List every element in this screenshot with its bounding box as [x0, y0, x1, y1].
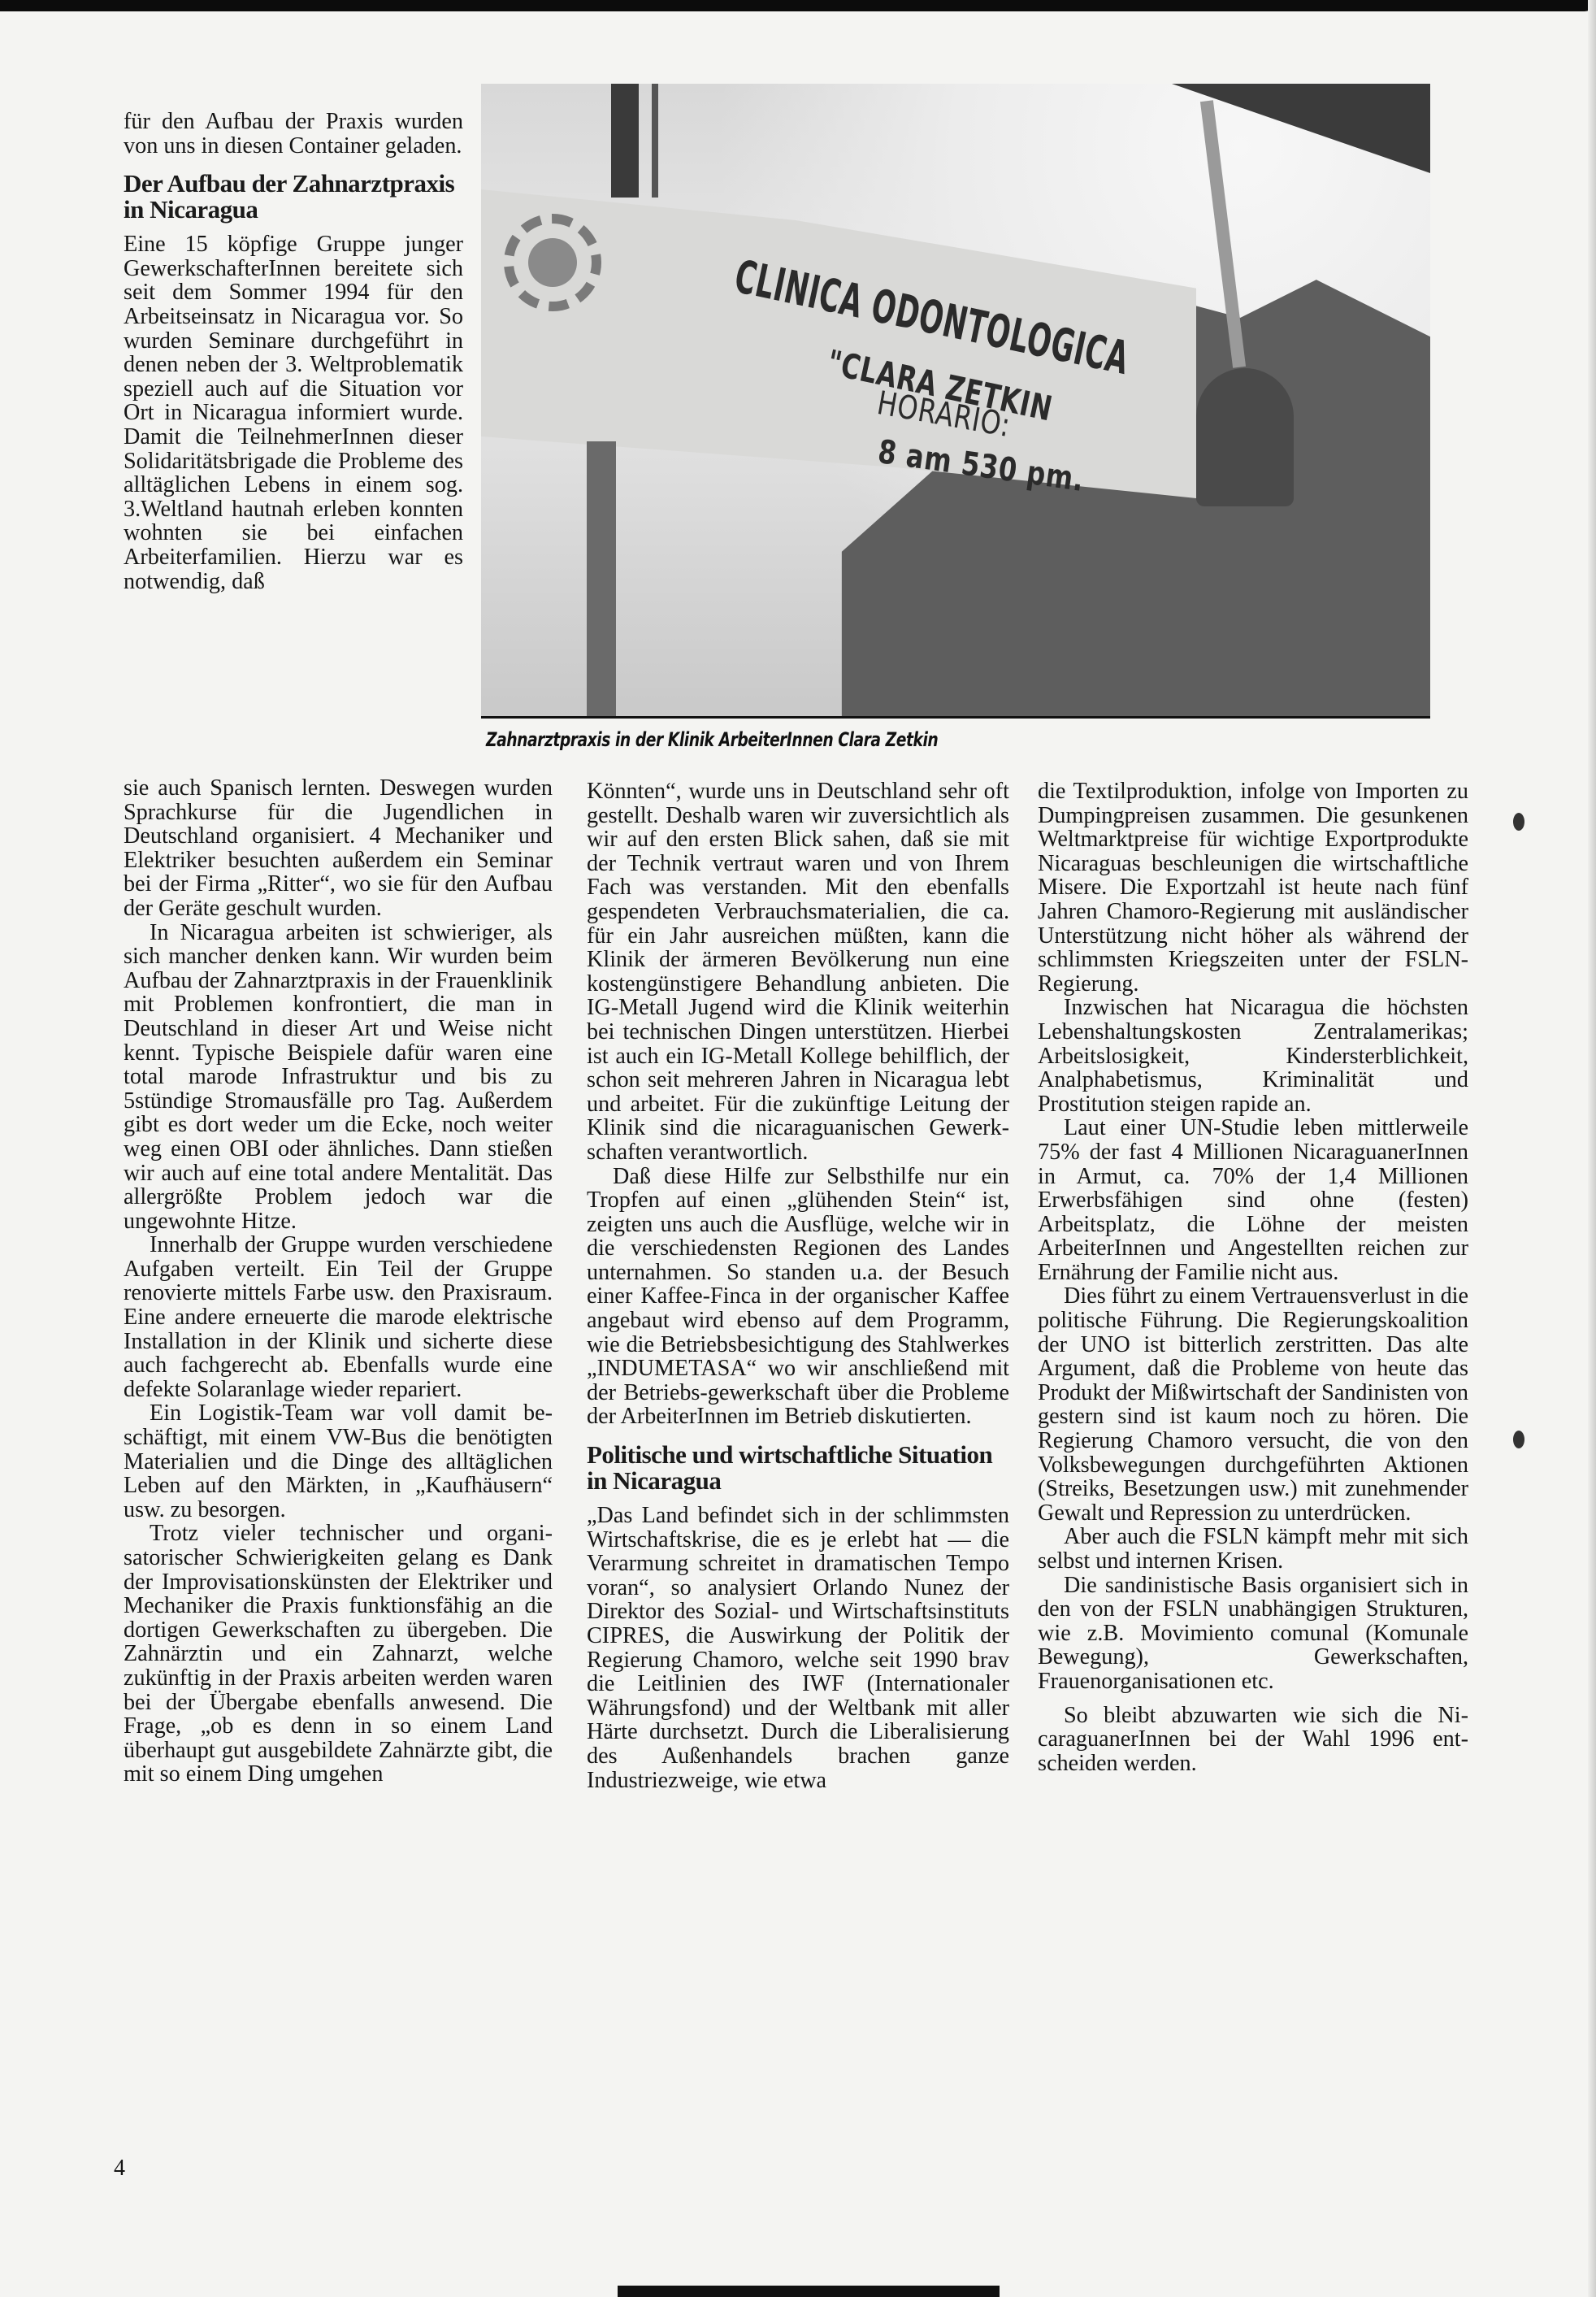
photo-arm: [1196, 368, 1294, 506]
punch-hole-mark: [1513, 813, 1524, 831]
body-paragraph: „Das Land befindet sich in der schlimmst…: [587, 1504, 1009, 1792]
body-paragraph: Inzwischen hat Nicaragua die höch­sten L…: [1038, 996, 1468, 1116]
scan-border-top: [0, 0, 1596, 11]
left-column-top: für den Aufbau der Praxis wurden von uns…: [124, 110, 463, 593]
body-paragraph: Könnten“, wurde uns in Deutschland sehr …: [587, 779, 1009, 1165]
middle-column: Könnten“, wurde uns in Deutschland sehr …: [587, 779, 1009, 1792]
body-paragraph: So bleibt abzuwarten wie sich die Ni­car…: [1038, 1704, 1468, 1776]
section-heading: Politische und wirtschaftliche Situation…: [587, 1442, 1009, 1494]
punch-hole-mark: [1513, 1431, 1524, 1448]
article-photo: CLINICA ODONTOLOGICA "CLARA ZETKIN HORAR…: [481, 84, 1430, 719]
body-paragraph: In Nicaragua arbeiten ist schwieriger, a…: [124, 921, 553, 1234]
right-column: die Textilproduktion, infolge von Im­por…: [1038, 779, 1468, 1775]
body-paragraph: Laut einer UN-Studie leben mittler­weile…: [1038, 1116, 1468, 1284]
photo-post: [587, 441, 616, 718]
scan-border-bottom: [618, 2286, 1000, 2297]
body-paragraph: Eine 15 köpfige Gruppe junger Gewerkscha…: [124, 232, 463, 593]
body-paragraph: Dies führt zu einem Vertrauensver­lust i…: [1038, 1284, 1468, 1525]
left-column-bottom: sie auch Spanisch lernten. Deswegen wurd…: [124, 776, 553, 1787]
intro-paragraph: für den Aufbau der Praxis wurden von uns…: [124, 110, 463, 158]
photo-caption: Zahnarztpraxis in der Klinik ArbeiterInn…: [486, 728, 968, 751]
body-paragraph: die Textilproduktion, infolge von Im­por…: [1038, 779, 1468, 996]
body-paragraph: Aber auch die FSLN kämpft mehr mit sich …: [1038, 1525, 1468, 1573]
body-paragraph: Die sandinistische Basis organisiert sic…: [1038, 1574, 1468, 1694]
page-edge: [1588, 0, 1596, 2297]
section-heading: Der Aufbau der Zahnarzt­praxis in Nicara…: [124, 171, 463, 223]
body-paragraph: Daß diese Hilfe zur Selbsthilfe nur ein …: [587, 1165, 1009, 1430]
body-paragraph: Trotz vieler technischer und organi­sato…: [124, 1522, 553, 1787]
photo-post: [652, 84, 658, 198]
photo-post: [611, 84, 639, 198]
body-paragraph: sie auch Spanisch lernten. Deswegen wurd…: [124, 776, 553, 921]
body-paragraph: Ein Logistik-Team war voll damit be­schä…: [124, 1401, 553, 1522]
gear-logo-icon: [504, 214, 601, 311]
page-number: 4: [114, 2156, 125, 2182]
body-paragraph: Innerhalb der Gruppe wurden ver­schieden…: [124, 1233, 553, 1401]
